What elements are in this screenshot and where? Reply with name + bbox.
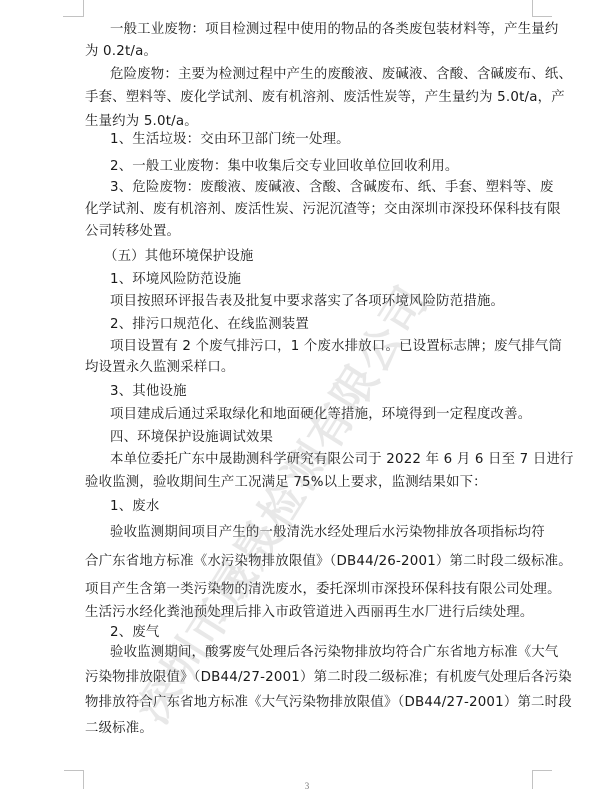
section-heading-other-facilities: （五）其他环境保护设施 bbox=[104, 249, 529, 265]
corner-mark-top-right-h bbox=[532, 16, 552, 17]
subheading-other-facilities: 3、其他设施 bbox=[110, 384, 535, 400]
corner-mark-top-left-v bbox=[83, 0, 84, 17]
list-item-hazardous-waste: 3、危险废物：废酸液、废碱液、含酸、含碱废布、纸、手套、塑料等、废 bbox=[110, 180, 535, 196]
corner-mark-top-right-v bbox=[532, 0, 533, 17]
paragraph-line: 项目产生含第一类污染物的清洗废水，委托深圳市深投环保科技有限公司处理。 bbox=[85, 582, 535, 598]
subheading-outlet-standardization: 2、排污口规范化、在线监测装置 bbox=[110, 317, 535, 333]
corner-mark-bottom-right-h bbox=[532, 770, 552, 771]
subheading-waste-gas: 2、废气 bbox=[110, 625, 535, 641]
paragraph-line: 生量约为 5.0t/a。 bbox=[85, 114, 535, 130]
list-item-domestic-garbage: 1、生活垃圾：交由环卫部门统一处理。 bbox=[110, 132, 535, 148]
paragraph-line: 生活污水经化粪池预处理后排入市政管道进入西丽再生水厂进行后续处理。 bbox=[85, 605, 535, 621]
paragraph-general-waste: 一般工业废物：项目检测过程中使用的物品的各类废包装材料等，产生量约 bbox=[110, 22, 535, 38]
paragraph-line: 验收监测，验收期间生产工况满足 75%以上要求，监测结果如下： bbox=[85, 475, 535, 491]
paragraph-line: 污染物排放限值》（DB44/27-2001）第二时段二级标准；有机废气处理后各污… bbox=[85, 670, 535, 686]
paragraph-line: 为 0.2t/a。 bbox=[85, 44, 535, 60]
paragraph-line: 化学试剂、废有机溶剂、废活性炭、污泥沉渣等；交由深圳市深投环保科技有限 bbox=[85, 202, 535, 218]
corner-mark-top-left-h bbox=[63, 16, 84, 17]
paragraph-line: 均设置永久监测采样口。 bbox=[85, 360, 535, 376]
corner-mark-bottom-left-h bbox=[64, 770, 84, 771]
subheading-risk-prevention: 1、环境风险防范设施 bbox=[110, 272, 535, 288]
paragraph-line: 物排放符合广东省地方标准《大气污染物排放限值》（DB44/27-2001）第二时… bbox=[85, 695, 535, 711]
paragraph-line: 二级标准。 bbox=[85, 721, 535, 737]
paragraph-line: 合广东省地方标准《水污染物排放限值》（DB44/26-2001）第二时段二级标准… bbox=[85, 554, 535, 570]
page-number: 3 bbox=[0, 781, 600, 791]
document-page: 一般工业废物：项目检测过程中使用的物品的各类废包装材料等，产生量约 为 0.2t… bbox=[0, 0, 600, 800]
paragraph-outlets: 项目设置有 2 个废气排污口，1 个废水排放口。已设置标志牌；废气排气筒 bbox=[110, 339, 535, 355]
paragraph-wastewater: 验收监测期间项目产生的一般清洗水经处理后水污染物排放各项指标均符 bbox=[110, 525, 535, 541]
paragraph-line: 手套、塑料等、废化学试剂、废有机溶剂、废活性炭等，产生量约为 5.0t/a，产 bbox=[85, 90, 535, 106]
paragraph-hazardous-waste: 危险废物：主要为检测过程中产生的废酸液、废碱液、含酸、含碱废布、纸、 bbox=[110, 67, 535, 83]
paragraph-monitoring-commission: 本单位委托广东中晟勘测科学研究有限公司于 2022 年 6 月 6 日至 7 日… bbox=[110, 452, 535, 468]
paragraph-risk-prevention: 项目按照环评报告表及批复中要求落实了各项环境风险防范措施。 bbox=[110, 294, 535, 310]
subheading-wastewater: 1、废水 bbox=[110, 499, 535, 515]
list-item-general-industrial-waste: 2、一般工业废物：集中收集后交专业回收单位回收利用。 bbox=[110, 159, 535, 175]
paragraph-line: 公司转移处置。 bbox=[85, 224, 535, 240]
paragraph-greening: 项目建成后通过采取绿化和地面硬化等措施，环境得到一定程度改善。 bbox=[110, 407, 535, 423]
paragraph-waste-gas: 验收监测期间，酸雾废气处理后各污染物排放均符合广东省地方标准《大气 bbox=[110, 645, 535, 661]
section-heading-commissioning-results: 四、环境保护设施调试效果 bbox=[110, 430, 535, 446]
